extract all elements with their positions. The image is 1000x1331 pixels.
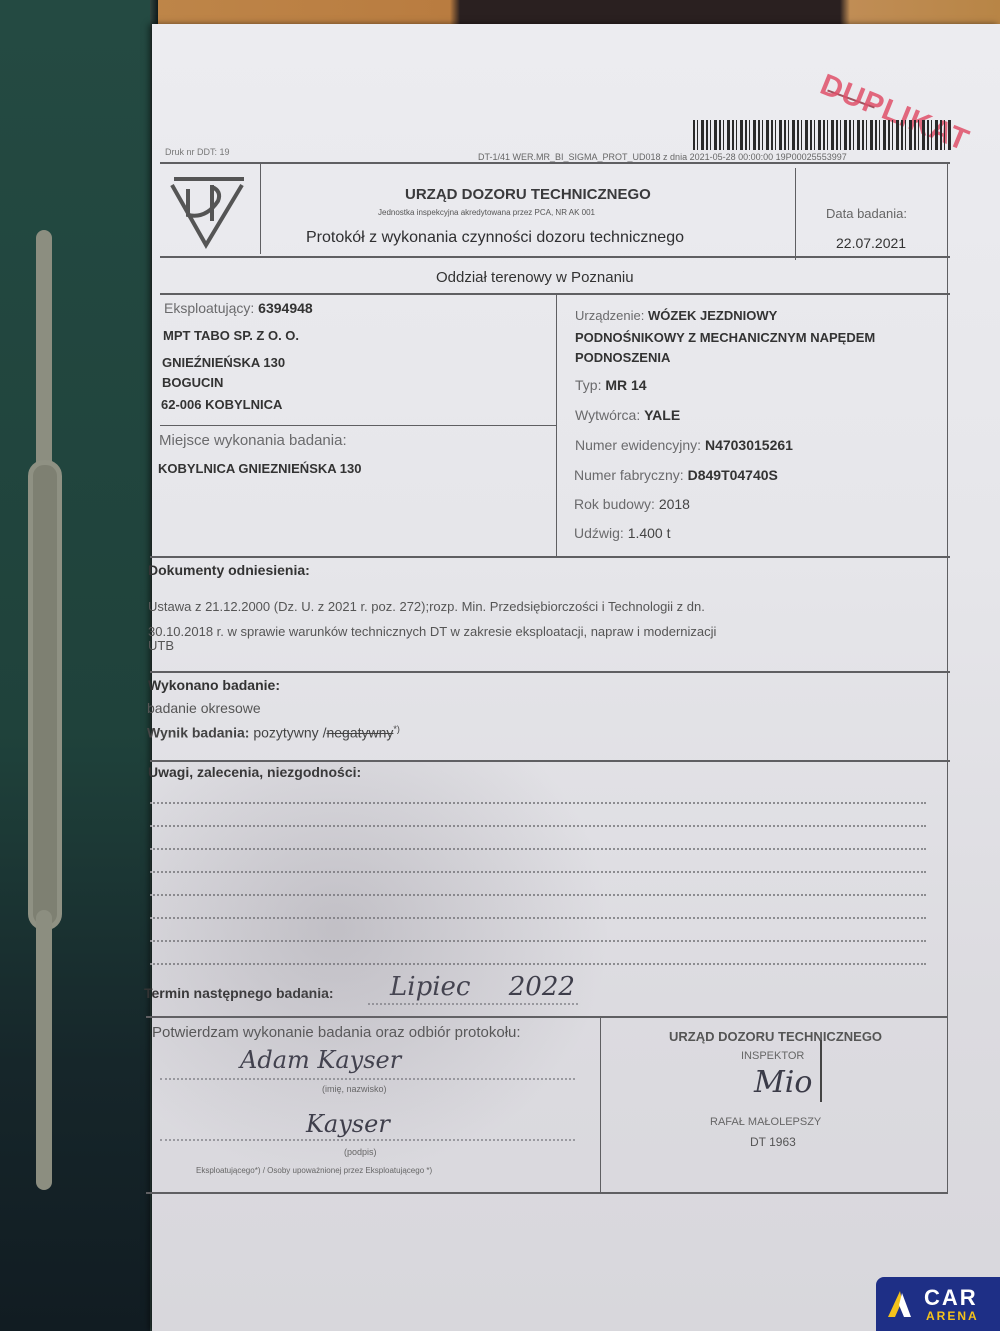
references-text: Ustawa z 21.12.2000 (Dz. U. z 2021 r. po…	[148, 599, 705, 614]
year-label: Rok budowy:	[574, 496, 655, 512]
binder-clip	[36, 230, 52, 1190]
exam-result-negative-struck: negatywny	[326, 725, 393, 741]
name-caption: (imię, nazwisko)	[322, 1084, 387, 1094]
next-exam-label: Termin następnego badania:	[144, 985, 334, 1001]
location-value: KOBYLNICA GNIEZNIEŃSKA 130	[158, 461, 361, 476]
remarks-label: Uwagi, zalecenia, niezgodności:	[148, 764, 361, 780]
operator-label: Eksploatujący:	[164, 300, 254, 316]
footnote-mark: *)	[393, 724, 400, 734]
operator-line: GNIEŹNIEŃSKA 130	[162, 355, 285, 370]
operator-line: MPT TABO SP. Z O. O.	[163, 328, 299, 343]
document-title: Protokół z wykonania czynności dozoru te…	[306, 229, 684, 247]
exam-done-label: Wykonano badanie:	[148, 677, 280, 693]
registration-field: Numer ewidencyjny: N4703015261	[575, 437, 793, 453]
signature-caption: (podpis)	[344, 1147, 377, 1157]
exam-result-label: Wynik badania:	[147, 725, 249, 741]
form-id: Druk nr DDT: 19	[165, 147, 230, 157]
watermark-text: CAR	[924, 1285, 978, 1311]
branch-office: Oddział terenowy w Poznaniu	[436, 269, 634, 286]
exam-result-positive: pozytywny /	[253, 725, 326, 741]
exam-date-label: Data badania:	[826, 206, 907, 221]
type-value: MR 14	[605, 377, 646, 393]
binder-cover	[0, 0, 158, 1331]
car-arena-watermark: CAR ARENA	[876, 1277, 1000, 1331]
operator-id: 6394948	[258, 300, 313, 316]
year-field: Rok budowy: 2018	[574, 496, 690, 512]
operator-name-handwritten: Adam Kayser	[240, 1046, 401, 1074]
inspector-id: DT 1963	[750, 1135, 796, 1149]
maker-field: Wytwórca: YALE	[575, 407, 680, 423]
exam-result-field: Wynik badania: pozytywny /negatywny*)	[147, 724, 400, 741]
maker-label: Wytwórca:	[575, 407, 640, 423]
device-field: Urządzenie: WÓZEK JEZDNIOWY	[575, 308, 777, 323]
serial-field: Numer fabryczny: D849T04740S	[574, 467, 778, 483]
serial-value: D849T04740S	[688, 467, 778, 483]
confirmation-footer: Eksploatującego*) / Osoby upoważnionej p…	[196, 1166, 432, 1175]
type-label: Typ:	[575, 377, 601, 393]
device-label: Urządzenie:	[575, 308, 644, 323]
capacity-value: 1.400 t	[628, 525, 671, 541]
operator-line: BOGUCIN	[162, 375, 223, 390]
device-value: WÓZEK JEZDNIOWY	[648, 308, 777, 323]
next-exam-value: Lipiec 2022	[390, 972, 575, 1002]
document-reference: DT-1/41 WER.MR_BI_SIGMA_PROT_UD018 z dni…	[478, 152, 847, 162]
udt-logo-icon	[166, 171, 252, 249]
confirmation-label: Potwierdzam wykonanie badania oraz odbió…	[152, 1024, 521, 1041]
accreditation-note: Jednostka inspekcyjna akredytowana przez…	[378, 208, 595, 217]
barcode	[693, 120, 951, 150]
references-text: UTB	[148, 638, 174, 653]
capacity-label: Udźwig:	[574, 525, 624, 541]
car-arena-logo-icon	[886, 1289, 912, 1319]
inspector-org: URZĄD DOZORU TECHNICZNEGO	[669, 1029, 882, 1044]
organization-name: URZĄD DOZORU TECHNICZNEGO	[405, 186, 651, 203]
operator-line: 62-006 KOBYLNICA	[161, 397, 282, 412]
location-label: Miejsce wykonania badania:	[159, 432, 347, 449]
exam-done-value: badanie okresowe	[147, 700, 261, 716]
serial-label: Numer fabryczny:	[574, 467, 684, 483]
device-value-cont: PODNOŚNIKOWY Z MECHANICZNYM NAPĘDEM	[575, 330, 875, 345]
watermark-subtext: ARENA	[926, 1309, 979, 1323]
maker-value: YALE	[644, 407, 680, 423]
references-text: 30.10.2018 r. w sprawie warunków technic…	[148, 624, 716, 639]
references-label: Dokumenty odniesienia:	[148, 562, 310, 578]
type-field: Typ: MR 14	[575, 377, 647, 393]
registration-label: Numer ewidencyjny:	[575, 437, 701, 453]
capacity-field: Udźwig: 1.400 t	[574, 525, 671, 541]
operator-signature-handwritten: Kayser	[306, 1110, 390, 1138]
inspector-role: INSPEKTOR	[741, 1050, 804, 1062]
device-value-cont: PODNOSZENIA	[575, 350, 670, 365]
operator-field: Eksploatujący: 6394948	[164, 300, 313, 316]
registration-value: N4703015261	[705, 437, 793, 453]
exam-date-value: 22.07.2021	[836, 235, 906, 251]
inspector-name: RAFAŁ MAŁOLEPSZY	[710, 1116, 821, 1128]
year-value: 2018	[659, 496, 690, 512]
inspector-signature-handwritten: Mio	[754, 1065, 812, 1100]
